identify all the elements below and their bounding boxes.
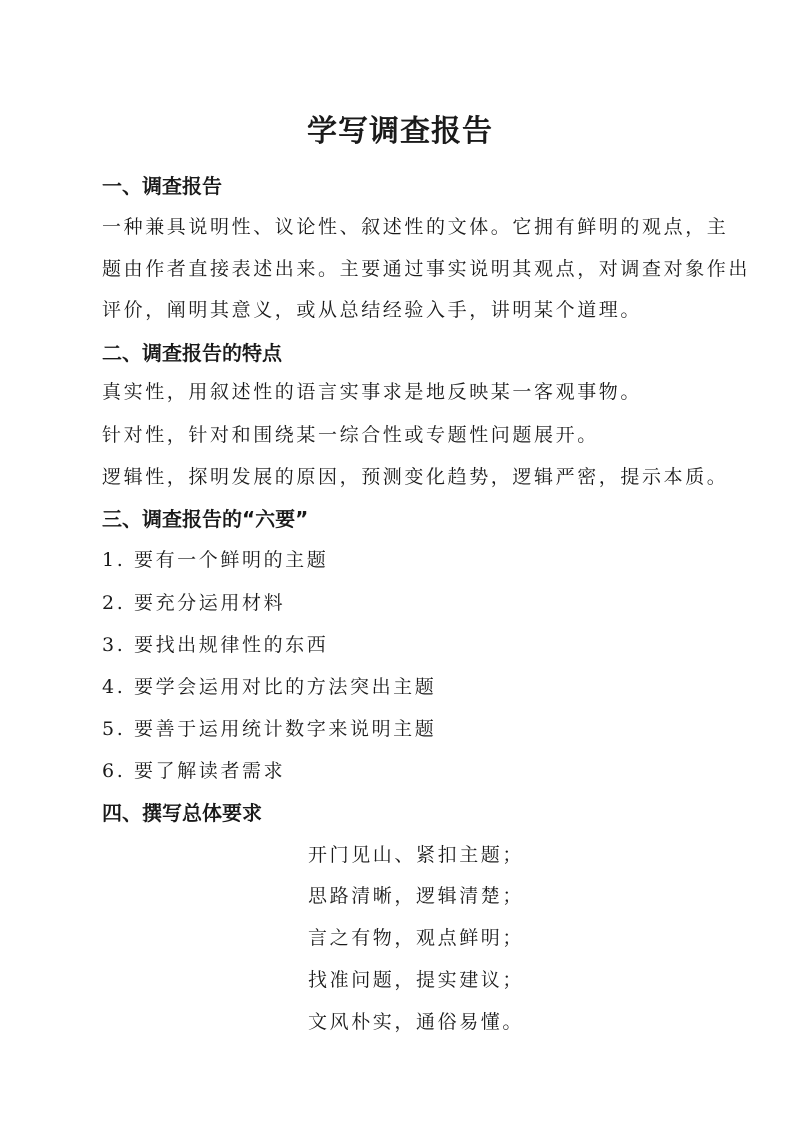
feature-line: 针对性，针对和围绕某一综合性或专题性问题展开。 bbox=[102, 420, 599, 447]
section-heading-4: 四、撰写总体要求 bbox=[102, 797, 262, 826]
document-page: 学写调查报告 一、调查报告 一种兼具说明性、议论性、叙述性的文体。它拥有鲜明的观… bbox=[0, 0, 800, 1132]
feature-line: 逻辑性，探明发展的原因，预测变化趋势，逻辑严密，提示本质。 bbox=[102, 462, 728, 489]
paragraph-line: 题由作者直接表述出来。主要通过事实说明其观点，对调查对象作出 bbox=[102, 254, 750, 281]
list-item: 4. 要学会运用对比的方法突出主题 bbox=[102, 672, 436, 699]
list-item: 1. 要有一个鲜明的主题 bbox=[102, 545, 328, 572]
section-heading-2: 二、调查报告的特点 bbox=[102, 337, 282, 366]
document-title: 学写调查报告 bbox=[0, 106, 800, 150]
requirement-line: 找准问题，提实建议； bbox=[308, 965, 524, 992]
paragraph-line: 评价，阐明其意义，或从总结经验入手，讲明某个道理。 bbox=[102, 295, 642, 322]
list-item: 2. 要充分运用材料 bbox=[102, 588, 285, 615]
feature-line: 真实性，用叙述性的语言实事求是地反映某一客观事物。 bbox=[102, 377, 642, 404]
paragraph-line: 一种兼具说明性、议论性、叙述性的文体。它拥有鲜明的观点，主 bbox=[102, 212, 728, 239]
requirement-line: 文风朴实，通俗易懂。 bbox=[308, 1007, 524, 1034]
requirement-line: 开门见山、紧扣主题； bbox=[308, 840, 524, 867]
list-item: 5. 要善于运用统计数字来说明主题 bbox=[102, 714, 436, 741]
section-heading-3: 三、调查报告的“六要” bbox=[102, 503, 308, 532]
section-heading-1: 一、调查报告 bbox=[102, 170, 222, 199]
list-item: 6. 要了解读者需求 bbox=[102, 756, 285, 783]
list-item: 3. 要找出规律性的东西 bbox=[102, 630, 328, 657]
requirement-line: 思路清晰，逻辑清楚； bbox=[308, 881, 524, 908]
requirement-line: 言之有物，观点鲜明； bbox=[308, 923, 524, 950]
